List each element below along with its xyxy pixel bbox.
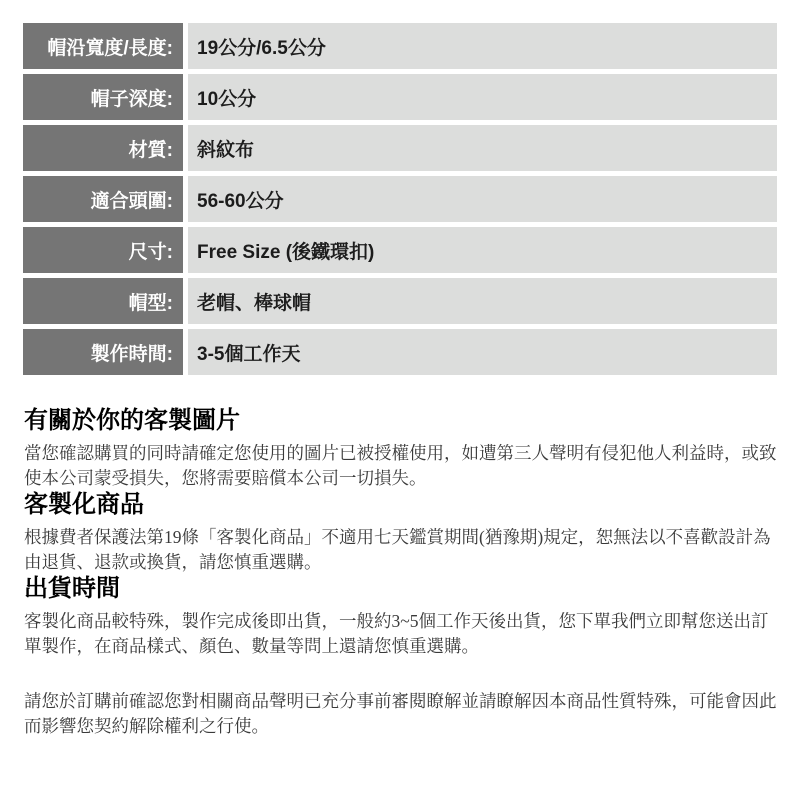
spec-value-material: 斜紋布 — [188, 125, 777, 171]
spec-row-production-time: 製作時間: 3-5個工作天 — [23, 329, 777, 375]
section-shipping-time: 出貨時間 客製化商品較特殊，製作完成後即出貨，一般約3~5個工作天後出貨，您下單… — [24, 577, 778, 659]
spec-row-head-size: 適合頭圍: 56-60公分 — [23, 176, 777, 222]
spec-value-head-size: 56-60公分 — [188, 176, 777, 222]
spec-table: 帽沿寬度/長度: 19公分/6.5公分 帽子深度: 10公分 材質: 斜紋布 適… — [23, 23, 777, 375]
footer-note: 請您於訂購前確認您對相關商品聲明已充分事前審閱瞭解並請瞭解因本商品性質特殊，可能… — [24, 689, 778, 739]
section-custom-image: 有關於你的客製圖片 當您確認購買的同時請確定您使用的圖片已被授權使用，如遭第三人… — [24, 409, 778, 491]
section-heading-custom-image: 有關於你的客製圖片 — [24, 409, 778, 433]
product-description-page: 帽沿寬度/長度: 19公分/6.5公分 帽子深度: 10公分 材質: 斜紋布 適… — [0, 0, 800, 800]
section-body-custom-image: 當您確認購買的同時請確定您使用的圖片已被授權使用，如遭第三人聲明有侵犯他人利益時… — [24, 441, 778, 491]
spec-label-material: 材質: — [23, 125, 183, 171]
spec-value-size: Free Size (後鐵環扣) — [188, 227, 777, 273]
spec-row-size: 尺寸: Free Size (後鐵環扣) — [23, 227, 777, 273]
spec-label-production-time: 製作時間: — [23, 329, 183, 375]
spec-label-size: 尺寸: — [23, 227, 183, 273]
spec-label-hat-type: 帽型: — [23, 278, 183, 324]
spec-value-depth: 10公分 — [188, 74, 777, 120]
spec-value-production-time: 3-5個工作天 — [188, 329, 777, 375]
spec-row-depth: 帽子深度: 10公分 — [23, 74, 777, 120]
spec-label-brim: 帽沿寬度/長度: — [23, 23, 183, 69]
section-heading-customized-product: 客製化商品 — [24, 493, 778, 517]
section-customized-product: 客製化商品 根據費者保護法第19條「客製化商品」不適用七天鑑賞期間(猶豫期)規定… — [24, 493, 778, 575]
section-body-customized-product: 根據費者保護法第19條「客製化商品」不適用七天鑑賞期間(猶豫期)規定，恕無法以不… — [24, 525, 778, 575]
spec-label-depth: 帽子深度: — [23, 74, 183, 120]
spec-row-material: 材質: 斜紋布 — [23, 125, 777, 171]
spec-row-hat-type: 帽型: 老帽、棒球帽 — [23, 278, 777, 324]
spec-value-hat-type: 老帽、棒球帽 — [188, 278, 777, 324]
spec-value-brim: 19公分/6.5公分 — [188, 23, 777, 69]
section-body-shipping-time: 客製化商品較特殊，製作完成後即出貨，一般約3~5個工作天後出貨，您下單我們立即幫… — [24, 609, 778, 659]
spec-row-brim: 帽沿寬度/長度: 19公分/6.5公分 — [23, 23, 777, 69]
spec-label-head-size: 適合頭圍: — [23, 176, 183, 222]
description-content: 有關於你的客製圖片 當您確認購買的同時請確定您使用的圖片已被授權使用，如遭第三人… — [24, 409, 778, 739]
section-heading-shipping-time: 出貨時間 — [24, 577, 778, 601]
